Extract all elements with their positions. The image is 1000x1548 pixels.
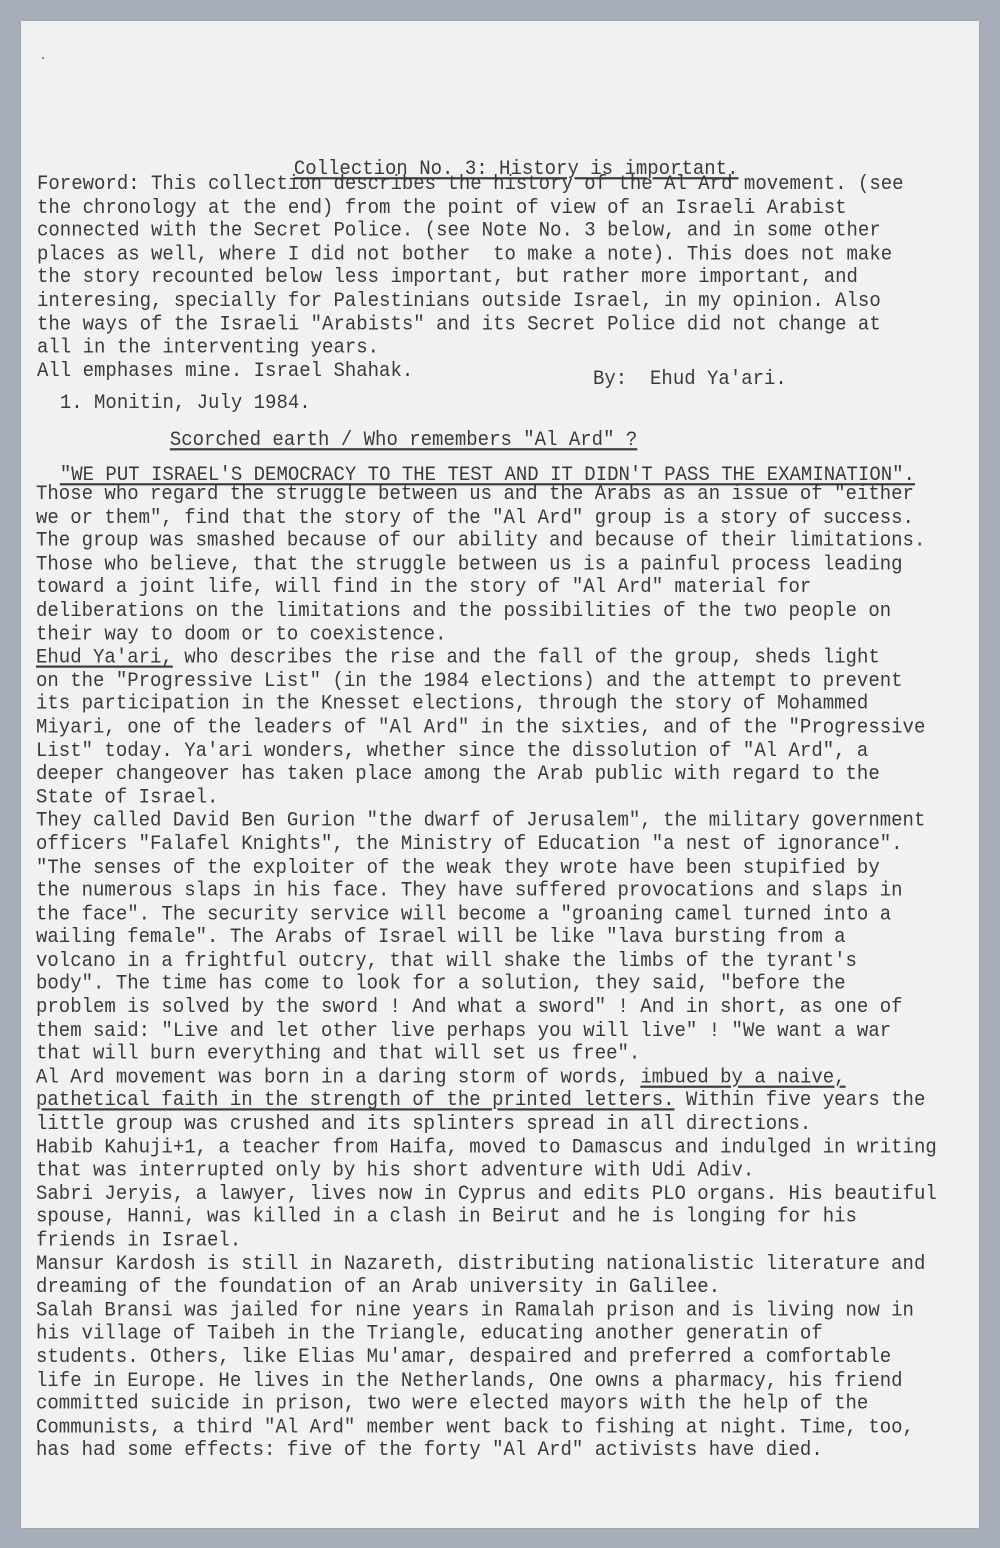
body-line: that will burn everything and that will … <box>36 1043 937 1066</box>
body-text: that was interrupted only by his short a… <box>36 1158 754 1182</box>
body-text: volcano in a frightful outcry, that will… <box>36 948 857 972</box>
body-text: we or them", find that the story of the … <box>36 505 914 529</box>
body-text: has had some effects: five of the forty … <box>36 1438 823 1462</box>
paper-speck <box>42 57 44 59</box>
body-line: wailing female". The Arabs of Israel wil… <box>36 926 937 949</box>
body-text: wailing female". The Arabs of Israel wil… <box>36 925 846 949</box>
emphasis-underline: imbued by a naive, <box>640 1065 845 1089</box>
body-text: deliberations on the limitations and the… <box>36 599 891 623</box>
body-line: toward a joint life, will find in the st… <box>36 576 937 599</box>
body-text: Habib Kahuji+1, a teacher from Haifa, mo… <box>36 1135 937 1159</box>
body-text: State of Israel. <box>36 785 218 809</box>
body-line: Mansur Kardosh is still in Nazareth, dis… <box>36 1253 937 1276</box>
body-line: They called David Ben Gurion "the dwarf … <box>36 809 937 832</box>
body-text: the numerous slaps in his face. They hav… <box>36 878 903 902</box>
foreword-line: interesing, specially for Palestinians o… <box>37 290 904 313</box>
body-text: students. Others, like Elias Mu'amar, de… <box>36 1345 891 1369</box>
body-text: officers "Falafel Knights", the Ministry… <box>36 832 903 856</box>
body-text: its participation in the Knesset electio… <box>36 692 868 716</box>
body-text: Salah Bransi was jailed for nine years i… <box>36 1298 914 1322</box>
body-line: their way to doom or to coexistence. <box>36 623 937 646</box>
body-line: dreaming of the foundation of an Arab un… <box>36 1276 937 1299</box>
body-text: spouse, Hanni, was killed in a clash in … <box>36 1205 857 1229</box>
body-text: on the "Progressive List" (in the 1984 e… <box>36 668 903 692</box>
body-line: committed suicide in prison, two were el… <box>36 1393 937 1416</box>
foreword-line: the chronology at the end) from the poin… <box>37 196 904 219</box>
body-line: the face". The security service will bec… <box>36 903 937 926</box>
body-text: dreaming of the foundation of an Arab un… <box>36 1275 720 1299</box>
body-line: State of Israel. <box>36 786 937 809</box>
body-text: life in Europe. He lives in the Netherla… <box>36 1368 903 1392</box>
body-line: Sabri Jeryis, a lawyer, lives now in Cyp… <box>36 1183 937 1206</box>
body-text: Within five years the <box>675 1088 926 1112</box>
body-line: little group was crushed and its splinte… <box>36 1113 937 1136</box>
body-line: we or them", find that the story of the … <box>36 506 937 529</box>
body-line: students. Others, like Elias Mu'amar, de… <box>36 1346 937 1369</box>
body-line: friends in Israel. <box>36 1229 937 1252</box>
body-line: that was interrupted only by his short a… <box>36 1159 937 1182</box>
body-line: Those who believe, that the struggle bet… <box>36 553 937 576</box>
body-line: Habib Kahuji+1, a teacher from Haifa, mo… <box>36 1136 937 1159</box>
body-text: who describes the rise and the fall of t… <box>173 645 880 669</box>
byline: By: Ehud Ya'ari. <box>593 368 787 391</box>
body-line: Al Ard movement was born in a daring sto… <box>36 1066 937 1089</box>
body-line: has had some effects: five of the forty … <box>36 1439 937 1462</box>
body-line: Communists, a third "Al Ard" member went… <box>36 1416 937 1439</box>
foreword-line: the story recounted below less important… <box>37 266 904 289</box>
body-text: deeper changeover has taken place among … <box>36 762 880 786</box>
body-line: "The senses of the exploiter of the weak… <box>36 856 937 879</box>
body-line: them said: "Live and let other live perh… <box>36 1019 937 1042</box>
body-text: committed suicide in prison, two were el… <box>36 1391 868 1415</box>
body-text: Communists, a third "Al Ard" member went… <box>36 1415 914 1439</box>
body-line: pathetical faith in the strength of the … <box>36 1089 937 1112</box>
body-text: body". The time has come to look for a s… <box>36 972 846 996</box>
emphasis-underline: pathetical faith in the strength of the … <box>36 1088 675 1112</box>
body-text: They called David Ben Gurion "the dwarf … <box>36 808 925 832</box>
body-text: problem is solved by the sword ! And wha… <box>36 995 903 1019</box>
body-text: Sabri Jeryis, a lawyer, lives now in Cyp… <box>36 1182 937 1206</box>
body-line: life in Europe. He lives in the Netherla… <box>36 1369 937 1392</box>
body-text: toward a joint life, will find in the st… <box>36 575 811 599</box>
body-text: "The senses of the exploiter of the weak… <box>36 855 880 879</box>
body-line: body". The time has come to look for a s… <box>36 973 937 996</box>
body-text: The group was smashed because of our abi… <box>36 529 925 553</box>
body-text: Those who believe, that the struggle bet… <box>36 552 903 576</box>
foreword-line: places as well, where I did not bother t… <box>37 243 904 266</box>
body-line: Miyari, one of the leaders of "Al Ard" i… <box>36 716 937 739</box>
source-number: 1. <box>60 390 83 414</box>
body-line: its participation in the Knesset electio… <box>36 693 937 716</box>
body-text: their way to doom or to coexistence. <box>36 622 446 646</box>
foreword-line: connected with the Secret Police. (see N… <box>37 220 904 243</box>
foreword-line: the ways of the Israeli "Arabists" and i… <box>37 313 904 336</box>
body-line: his village of Taibeh in the Triangle, e… <box>36 1323 937 1346</box>
emphasis-underline: Ehud Ya'ari, <box>36 645 173 669</box>
body-line: deliberations on the limitations and the… <box>36 600 937 623</box>
body-text: Those who regard the struggle between us… <box>36 482 914 506</box>
body-line: spouse, Hanni, was killed in a clash in … <box>36 1206 937 1229</box>
body-line: on the "Progressive List" (in the 1984 e… <box>36 670 937 693</box>
body-text: Miyari, one of the leaders of "Al Ard" i… <box>36 715 925 739</box>
body-line: Those who regard the struggle between us… <box>36 483 937 506</box>
body-text: Al Ard movement was born in a daring sto… <box>36 1065 640 1089</box>
body-line: Salah Bransi was jailed for nine years i… <box>36 1299 937 1322</box>
body-line: officers "Falafel Knights", the Ministry… <box>36 833 937 856</box>
body-text: his village of Taibeh in the Triangle, e… <box>36 1321 823 1345</box>
body-line: Ehud Ya'ari, who describes the rise and … <box>36 646 937 669</box>
article-headline: "WE PUT ISRAEL'S DEMOCRACY TO THE TEST A… <box>37 440 915 487</box>
article-body: Those who regard the struggle between us… <box>36 483 937 1462</box>
body-line: deeper changeover has taken place among … <box>36 763 937 786</box>
body-text: friends in Israel. <box>36 1228 241 1252</box>
foreword-line: Foreword: This collection describes the … <box>37 173 904 196</box>
body-line: The group was smashed because of our abi… <box>36 530 937 553</box>
body-line: the numerous slaps in his face. They hav… <box>36 879 937 902</box>
foreword-line: all in the interventing years. <box>37 336 904 359</box>
body-text: Mansur Kardosh is still in Nazareth, dis… <box>36 1252 925 1276</box>
body-text: that will burn everything and that will … <box>36 1042 640 1066</box>
body-line: problem is solved by the sword ! And wha… <box>36 996 937 1019</box>
body-text: them said: "Live and let other live perh… <box>36 1018 891 1042</box>
foreword: Foreword: This collection describes the … <box>37 173 904 383</box>
body-text: little group was crushed and its splinte… <box>36 1112 811 1136</box>
body-line: volcano in a frightful outcry, that will… <box>36 949 937 972</box>
body-text: List" today. Ya'ari wonders, whether sin… <box>36 738 868 762</box>
body-text: the face". The security service will bec… <box>36 902 891 926</box>
body-line: List" today. Ya'ari wonders, whether sin… <box>36 740 937 763</box>
